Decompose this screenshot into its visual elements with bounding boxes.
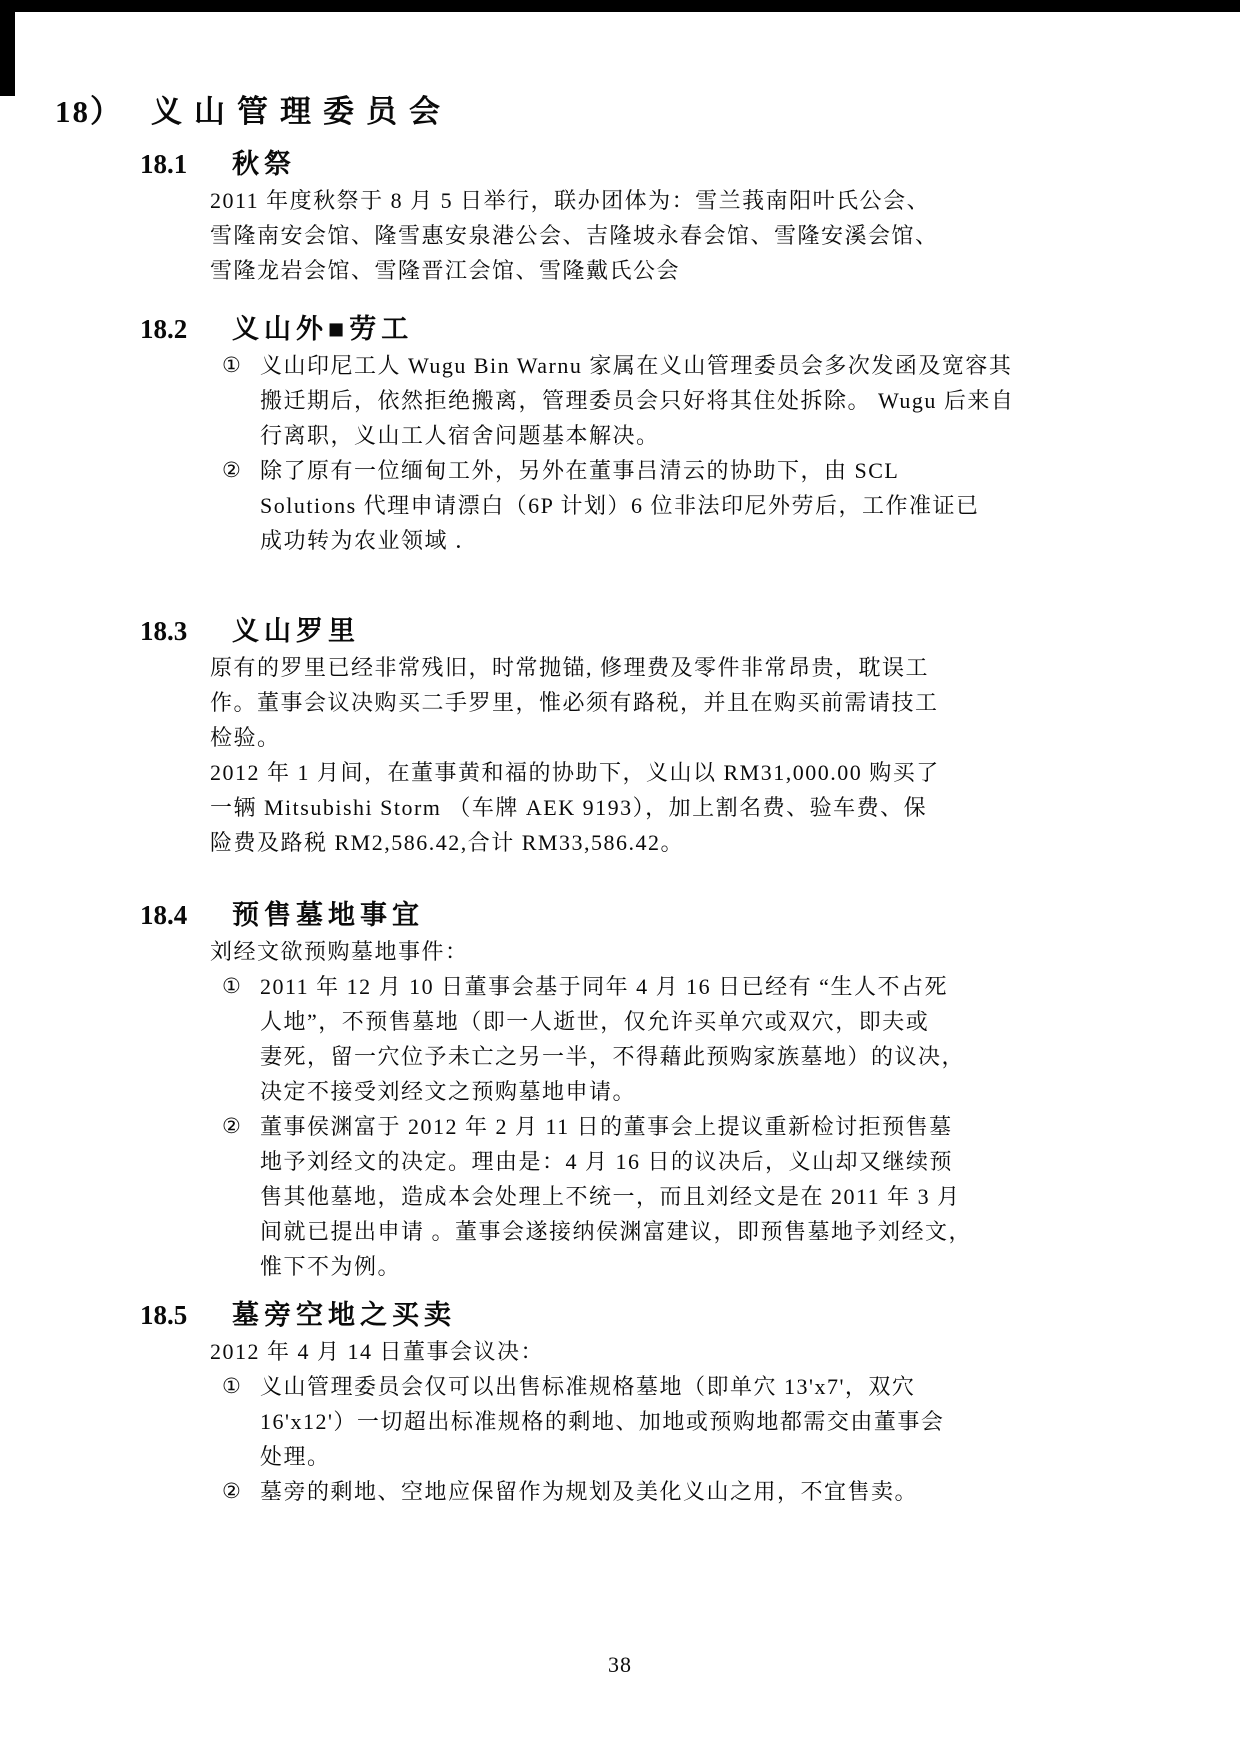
text-line: 作。董事会议决购买二手罗里，惟必须有路税，并且在购买前需请技工 — [210, 685, 1055, 720]
list-item: ① 义山印尼工人 Wugu Bin Warnu 家属在义山管理委员会多次发函及宽… — [222, 348, 1055, 453]
section-heading-row: 18.5 墓旁空地之买卖 — [140, 1298, 1055, 1332]
text-line: 行离职，义山工人宿舍问题基本解决。 — [260, 418, 1014, 453]
document-title-number: 18） — [55, 86, 123, 131]
section-heading-row: 18.3 义山罗里 — [140, 614, 1055, 648]
text-line: 墓旁的剩地、空地应保留作为规划及美化义山之用，不宜售卖。 — [260, 1474, 918, 1509]
section-number: 18.3 — [140, 614, 232, 648]
section-heading: 预售墓地事宜 — [232, 898, 424, 932]
text-line: 成功转为农业领域 ． — [260, 523, 980, 558]
numbered-list: ① 义山管理委员会仅可以出售标准规格墓地（即单穴 13'x7'，双穴 16'x1… — [222, 1369, 1055, 1509]
list-item-marker: ① — [222, 1369, 250, 1404]
list-item: ② 墓旁的剩地、空地应保留作为规划及美化义山之用，不宜售卖。 — [222, 1474, 1055, 1509]
section-number: 18.5 — [140, 1298, 232, 1332]
text-line: 人地”，不预售墓地（即一人逝世，仅允许买单穴或双穴，即夫或 — [260, 1004, 965, 1039]
paragraph: 原有的罗里已经非常残旧，时常抛锚, 修理费及零件非常昂贵，耽误工 作。董事会议决… — [210, 650, 1055, 755]
text-line: 义山管理委员会仅可以出售标准规格墓地（即单穴 13'x7'，双穴 — [260, 1369, 944, 1404]
section-number: 18.1 — [140, 147, 232, 181]
section-heading-row: 18.4 预售墓地事宜 — [140, 898, 1055, 932]
section-body: 2011 年度秋祭于 8 月 5 日举行，联办团体为：雪兰莪南阳叶氏公会、 雪隆… — [210, 183, 1055, 288]
section-18-5: 18.5 墓旁空地之买卖 2012 年 4 月 14 日董事会议决： ① 义山管… — [55, 1298, 1055, 1509]
text-line: 地予刘经文的决定。理由是：4 月 16 日的议决后，义山却又继续预 — [260, 1144, 972, 1179]
list-item-text: 2011 年 12 月 10 日董事会基于同年 4 月 16 日已经有 “生人不… — [260, 969, 965, 1109]
section-18-1: 18.1 秋祭 2011 年度秋祭于 8 月 5 日举行，联办团体为：雪兰莪南阳… — [55, 147, 1055, 288]
document-title-text: 义山管理委员会 — [151, 86, 452, 131]
text-line: 除了原有一位缅甸工外，另外在董事吕清云的协助下，由 SCL — [260, 453, 980, 488]
section-body: ① 义山印尼工人 Wugu Bin Warnu 家属在义山管理委员会多次发函及宽… — [210, 348, 1055, 558]
section-heading-row: 18.1 秋祭 — [140, 147, 1055, 181]
section-body: 刘经文欲预购墓地事件： ① 2011 年 12 月 10 日董事会基于同年 4 … — [210, 934, 1055, 1284]
list-item-text: 除了原有一位缅甸工外，另外在董事吕清云的协助下，由 SCL Solutions … — [260, 453, 980, 558]
text-line: 惟下不为例。 — [260, 1249, 972, 1284]
list-item-marker: ② — [222, 453, 250, 488]
paragraph: 2012 年 1 月间，在董事黄和福的协助下，义山以 RM31,000.00 购… — [210, 755, 1055, 860]
scan-artifact-top-bar — [0, 0, 1240, 12]
numbered-list: ① 义山印尼工人 Wugu Bin Warnu 家属在义山管理委员会多次发函及宽… — [222, 348, 1055, 558]
section-heading: 义山外■劳工 — [232, 312, 413, 346]
scanned-document-page: 18） 义山管理委员会 18.1 秋祭 2011 年度秋祭于 8 月 5 日举行… — [0, 0, 1240, 1754]
section-body: 原有的罗里已经非常残旧，时常抛锚, 修理费及零件非常昂贵，耽误工 作。董事会议决… — [210, 650, 1055, 860]
text-line: 2011 年 12 月 10 日董事会基于同年 4 月 16 日已经有 “生人不… — [260, 969, 965, 1004]
text-line: 16'x12'）一切超出标准规格的剩地、加地或预购地都需交由董事会 — [260, 1404, 944, 1439]
list-item: ① 义山管理委员会仅可以出售标准规格墓地（即单穴 13'x7'，双穴 16'x1… — [222, 1369, 1055, 1474]
text-line: Solutions 代理申请漂白（6P 计划）6 位非法印尼外劳后，工作准证已 — [260, 488, 980, 523]
text-line: 2011 年度秋祭于 8 月 5 日举行，联办团体为：雪兰莪南阳叶氏公会、 — [210, 183, 1055, 218]
section-intro-line: 刘经文欲预购墓地事件： — [210, 934, 1055, 969]
text-line: 原有的罗里已经非常残旧，时常抛锚, 修理费及零件非常昂贵，耽误工 — [210, 650, 1055, 685]
section-number: 18.2 — [140, 312, 232, 346]
scan-artifact-left-bar — [0, 0, 15, 96]
list-item-text: 义山管理委员会仅可以出售标准规格墓地（即单穴 13'x7'，双穴 16'x12'… — [260, 1369, 944, 1474]
section-18-2: 18.2 义山外■劳工 ① 义山印尼工人 Wugu Bin Warnu 家属在义… — [55, 312, 1055, 558]
document-title: 18） 义山管理委员会 — [55, 86, 1055, 131]
text-line: 处理。 — [260, 1439, 944, 1474]
text-line: 检验。 — [210, 720, 1055, 755]
section-heading-row: 18.2 义山外■劳工 — [140, 312, 1055, 346]
section-intro-line: 2012 年 4 月 14 日董事会议决： — [210, 1334, 1055, 1369]
text-line: 险费及路税 RM2,586.42,合计 RM33,586.42。 — [210, 825, 1055, 860]
section-heading: 义山罗里 — [232, 614, 360, 648]
document-content: 18） 义山管理委员会 18.1 秋祭 2011 年度秋祭于 8 月 5 日举行… — [55, 86, 1055, 1509]
section-18-3: 18.3 义山罗里 原有的罗里已经非常残旧，时常抛锚, 修理费及零件非常昂贵，耽… — [55, 614, 1055, 860]
list-item: ① 2011 年 12 月 10 日董事会基于同年 4 月 16 日已经有 “生… — [222, 969, 1055, 1109]
text-line: 雪隆龙岩会馆、雪隆晋江会馆、雪隆戴氏公会 — [210, 253, 1055, 288]
list-item-marker: ② — [222, 1474, 250, 1509]
section-18-4: 18.4 预售墓地事宜 刘经文欲预购墓地事件： ① 2011 年 12 月 10… — [55, 898, 1055, 1284]
page-number: 38 — [0, 1652, 1240, 1678]
list-item-text: 义山印尼工人 Wugu Bin Warnu 家属在义山管理委员会多次发函及宽容其… — [260, 348, 1014, 453]
list-item-marker: ① — [222, 969, 250, 1004]
section-heading: 秋祭 — [232, 147, 296, 181]
list-item-marker: ② — [222, 1109, 250, 1144]
text-line: 2012 年 1 月间，在董事黄和福的协助下，义山以 RM31,000.00 购… — [210, 755, 1055, 790]
section-body: 2012 年 4 月 14 日董事会议决： ① 义山管理委员会仅可以出售标准规格… — [210, 1334, 1055, 1509]
list-item-marker: ① — [222, 348, 250, 383]
list-item: ② 除了原有一位缅甸工外，另外在董事吕清云的协助下，由 SCL Solution… — [222, 453, 1055, 558]
text-line: 间就已提出申请 。董事会遂接纳侯渊富建议，即预售墓地予刘经文， — [260, 1214, 972, 1249]
section-heading: 墓旁空地之买卖 — [232, 1298, 456, 1332]
text-line: 一辆 Mitsubishi Storm （车牌 AEK 9193），加上割名费、… — [210, 790, 1055, 825]
text-line: 义山印尼工人 Wugu Bin Warnu 家属在义山管理委员会多次发函及宽容其 — [260, 348, 1014, 383]
list-item-text: 墓旁的剩地、空地应保留作为规划及美化义山之用，不宜售卖。 — [260, 1474, 918, 1509]
text-line: 妻死，留一穴位予未亡之另一半，不得藉此预购家族墓地）的议决， — [260, 1039, 965, 1074]
list-item: ② 董事侯渊富于 2012 年 2 月 11 日的董事会上提议重新检讨拒预售墓 … — [222, 1109, 1055, 1284]
text-line: 售其他墓地，造成本会处理上不统一，而且刘经文是在 2011 年 3 月 — [260, 1179, 972, 1214]
text-line: 董事侯渊富于 2012 年 2 月 11 日的董事会上提议重新检讨拒预售墓 — [260, 1109, 972, 1144]
text-line: 雪隆南安会馆、隆雪惠安泉港公会、吉隆坡永春会馆、雪隆安溪会馆、 — [210, 218, 1055, 253]
text-line: 搬迁期后，依然拒绝搬离，管理委员会只好将其住处拆除。 Wugu 后来自 — [260, 383, 1014, 418]
text-line: 决定不接受刘经文之预购墓地申请。 — [260, 1074, 965, 1109]
section-number: 18.4 — [140, 898, 232, 932]
list-item-text: 董事侯渊富于 2012 年 2 月 11 日的董事会上提议重新检讨拒预售墓 地予… — [260, 1109, 972, 1284]
numbered-list: ① 2011 年 12 月 10 日董事会基于同年 4 月 16 日已经有 “生… — [222, 969, 1055, 1284]
